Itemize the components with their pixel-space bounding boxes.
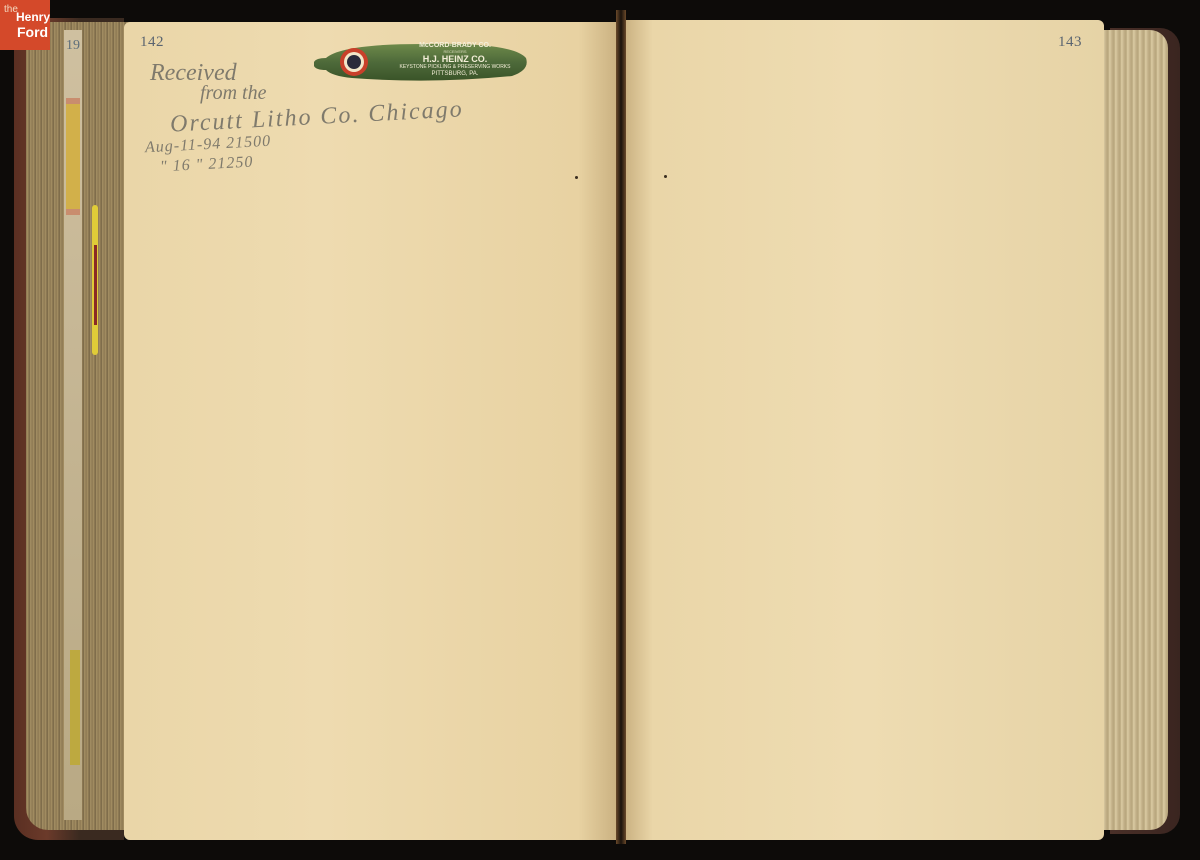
handwriting-line: from the: [200, 82, 266, 105]
page-edges-right: [1098, 30, 1168, 830]
label-line: RECEIVERS: [390, 50, 520, 54]
label-line: PITTSBURG, PA.: [390, 71, 520, 77]
book-gutter: [616, 10, 626, 844]
page-number-right: 143: [1058, 34, 1082, 51]
paper-speck: [664, 175, 667, 178]
logo-ford: Ford: [17, 24, 48, 40]
bookmark-ribbon-red: [94, 245, 97, 325]
index-tab-yellow-lower: [70, 650, 80, 765]
logo-henry: Henry: [16, 10, 50, 24]
paper-speck: [575, 176, 578, 179]
label-text: McCORD-BRADY CO. RECEIVERS H.J. HEINZ CO…: [390, 42, 520, 77]
tab-number: 19: [66, 38, 80, 54]
page-number-left: 142: [140, 34, 164, 51]
henry-ford-logo: the Henry Ford: [0, 0, 50, 50]
label-line: H.J. HEINZ CO.: [390, 55, 520, 64]
index-tab-yellow: [66, 98, 80, 215]
right-page: [624, 20, 1104, 840]
heinz-pickle-label: McCORD-BRADY CO. RECEIVERS H.J. HEINZ CO…: [312, 40, 530, 82]
label-line: KEYSTONE PICKLING & PRESERVING WORKS: [390, 65, 520, 70]
label-line: McCORD-BRADY CO.: [390, 42, 520, 49]
